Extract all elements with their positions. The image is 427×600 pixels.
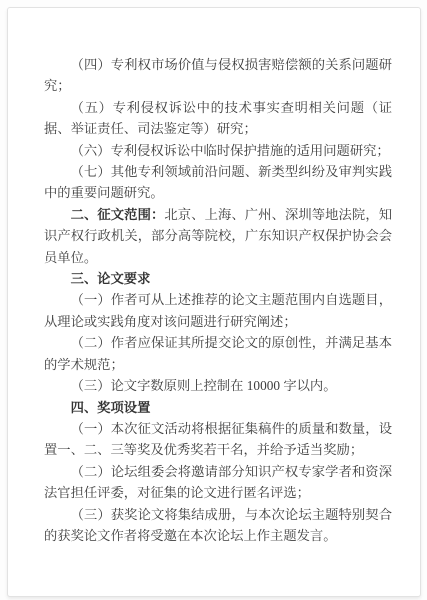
- paragraph-requirement-3: （三）论文字数原则上控制在 10000 字以内。: [44, 375, 392, 396]
- paragraph-point-6: （六）专利侵权诉讼中临时保护措施的适用问题研究；: [44, 140, 392, 161]
- paragraph-requirement-2: （二）作者应保证其所提交论文的原创性，并满足基本的学术规范；: [44, 332, 392, 375]
- paragraph-text: （一）作者可从上述推荐的论文主题范围内自选题目，从理论或实践角度对该问题进行研究…: [44, 292, 392, 328]
- paragraph-text: （二）论坛组委会将邀请部分知识产权专家学者和资深法官担任评委，对征集的论文进行匿…: [44, 464, 392, 500]
- paragraph-text: （一）本次征文活动将根据征集稿件的质量和数量，设置一、二、三等奖及优秀奖若干名，…: [44, 421, 392, 457]
- paragraph-text: （三）获奖论文将集结成册，与本次论坛主题特别契合的获奖论文作者将受邀在本次论坛上…: [44, 507, 392, 543]
- section-heading-paper-requirements: 三、论文要求: [44, 268, 392, 289]
- paragraph-text: （四）专利权市场价值与侵权损害赔偿额的关系问题研究；: [44, 57, 392, 93]
- paragraph-award-2: （二）论坛组委会将邀请部分知识产权专家学者和资深法官担任评委，对征集的论文进行匿…: [44, 461, 392, 504]
- paragraph-point-7: （七）其他专利领域前沿问题、新类型纠纷及审判实践中的重要问题研究。: [44, 161, 392, 204]
- paragraph-point-5: （五）专利侵权诉讼中的技术事实查明相关问题（证据、举证责任、司法鉴定等）研究；: [44, 97, 392, 140]
- paragraph-award-3: （三）获奖论文将集结成册，与本次论坛主题特别契合的获奖论文作者将受邀在本次论坛上…: [44, 504, 392, 547]
- section-heading-scope: 二、征文范围：北京、上海、广州、深圳等地法院，知识产权行政机关，部分高等院校，广…: [44, 204, 392, 268]
- paragraph-award-1: （一）本次征文活动将根据征集稿件的质量和数量，设置一、二、三等奖及优秀奖若干名，…: [44, 418, 392, 461]
- paragraph-point-4: （四）专利权市场价值与侵权损害赔偿额的关系问题研究；: [44, 54, 392, 97]
- section-heading-awards: 四、奖项设置: [44, 397, 392, 418]
- section-heading-bold-prefix: 三、论文要求: [71, 271, 151, 286]
- document-content: （四）专利权市场价值与侵权损害赔偿额的关系问题研究； （五）专利侵权诉讼中的技术…: [8, 8, 420, 546]
- paragraph-text: （二）作者应保证其所提交论文的原创性，并满足基本的学术规范；: [44, 335, 392, 371]
- section-heading-bold-prefix: 二、征文范围：: [71, 207, 165, 222]
- paragraph-text: （三）论文字数原则上控制在 10000 字以内。: [71, 378, 337, 393]
- paragraph-requirement-1: （一）作者可从上述推荐的论文主题范围内自选题目，从理论或实践角度对该问题进行研究…: [44, 289, 392, 332]
- paragraph-text: （六）专利侵权诉讼中临时保护措施的适用问题研究；: [71, 143, 390, 158]
- section-heading-bold-prefix: 四、奖项设置: [71, 400, 151, 415]
- document-page: （四）专利权市场价值与侵权损害赔偿额的关系问题研究； （五）专利侵权诉讼中的技术…: [7, 7, 421, 597]
- paragraph-text: （五）专利侵权诉讼中的技术事实查明相关问题（证据、举证责任、司法鉴定等）研究；: [44, 100, 392, 136]
- paragraph-text: （七）其他专利领域前沿问题、新类型纠纷及审判实践中的重要问题研究。: [44, 164, 392, 200]
